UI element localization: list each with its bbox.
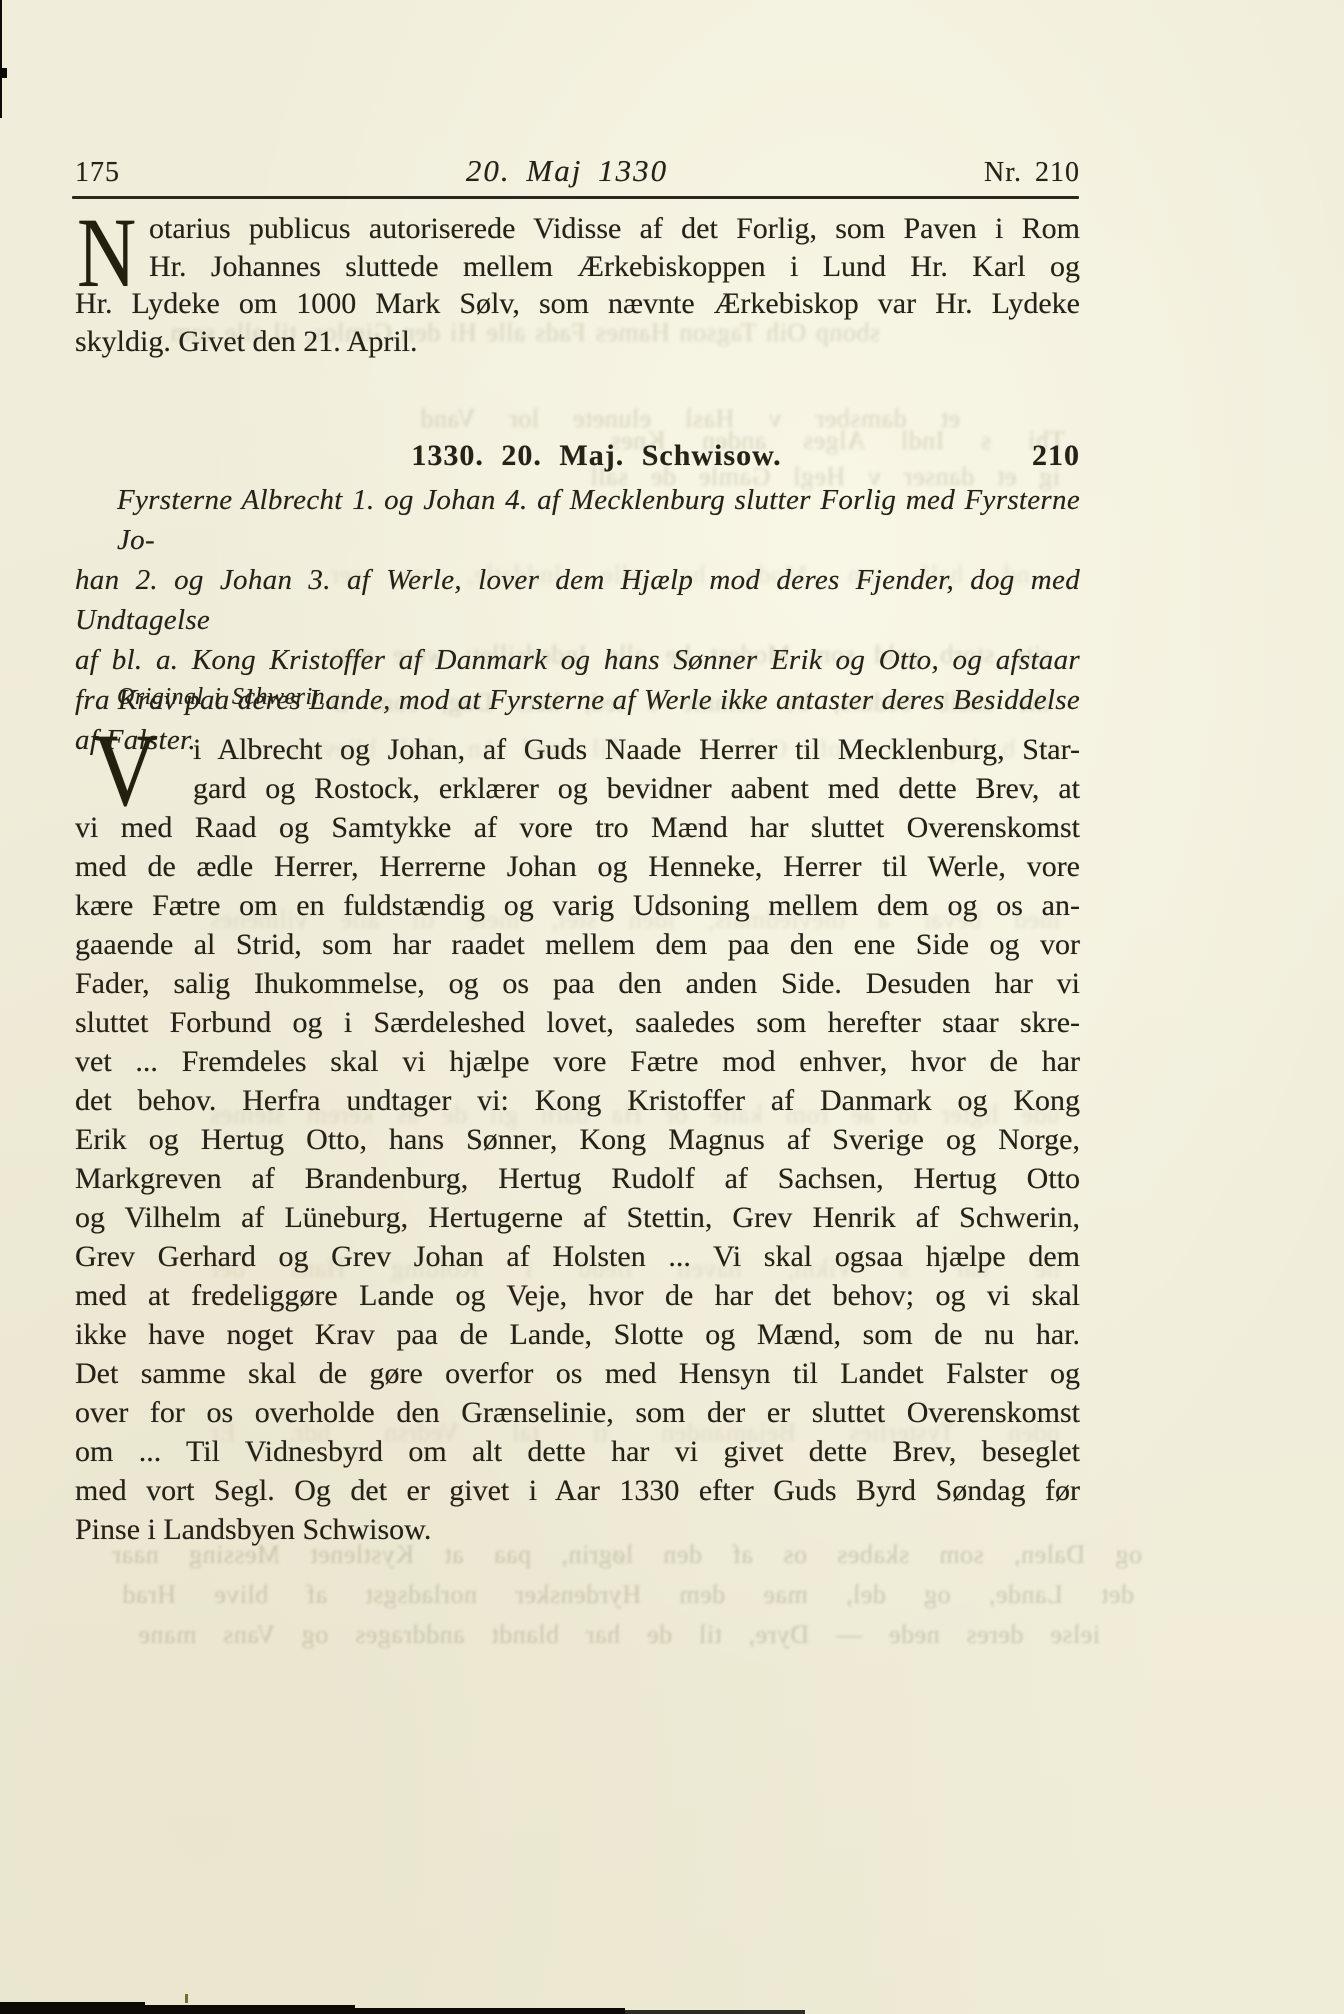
- regest-line: Hr. Johannes sluttede mellem Ærkebiskopp…: [75, 248, 1080, 286]
- page-header: 175 20. Maj 1330 Nr. 210: [75, 153, 1080, 197]
- body-line: med vort Segl. Og det er givet i Aar 133…: [75, 1471, 1080, 1510]
- regest-paragraph: otarius publicus autoriserede Vidisse af…: [75, 210, 1080, 360]
- entry-heading-number: 210: [1032, 436, 1080, 476]
- body-line: om ... Til Vidnesbyrd om alt dette har v…: [75, 1432, 1080, 1471]
- scan-speck-green: [185, 1994, 188, 2003]
- body-line: ikke have noget Krav paa de Lande, Slott…: [75, 1315, 1080, 1354]
- body-paragraph: i Albrecht og Johan, af Guds Naade Herre…: [75, 730, 1080, 1549]
- scan-edge-left-strip: [0, 0, 2, 118]
- body-line: Det samme skal de gøre overfor os med He…: [75, 1354, 1080, 1393]
- body-line: Erik og Hertug Otto, hans Sønner, Kong M…: [75, 1120, 1080, 1159]
- body-line: gard og Rostock, erklærer og bevidner aa…: [75, 769, 1080, 808]
- body-line: med at fredeliggøre Lande og Veje, hvor …: [75, 1276, 1080, 1315]
- ghost-line: et damsber v Hasl elunete lor Vand: [420, 404, 960, 434]
- scan-edge-bottom-1: [0, 2002, 145, 2014]
- summary-paragraph: Fyrsterne Albrecht 1. og Johan 4. af Mec…: [75, 480, 1080, 760]
- body-line: Pinse i Landsbyen Schwisow.: [75, 1510, 1080, 1549]
- summary-line: han 2. og Johan 3. af Werle, lover dem H…: [75, 560, 1080, 640]
- entry-heading: 1330. 20. Maj. Schwisow. 210: [75, 436, 1080, 476]
- body-line: Fader, salig Ihukommelse, og os paa den …: [75, 964, 1080, 1003]
- body-line: over for os overholde den Grænselinie, s…: [75, 1393, 1080, 1432]
- source-note: Original i Schwerin.: [75, 684, 1122, 711]
- body-line: og Vilhelm af Lüneburg, Hertugerne af St…: [75, 1198, 1080, 1237]
- scanned-book-page: sbonp Oih Tagson Hames Fads alle Hi den …: [0, 0, 1344, 2014]
- scan-edge-bottom-3: [355, 2008, 625, 2014]
- body-line: vi med Raad og Samtykke af vore tro Mænd…: [75, 808, 1080, 847]
- running-date: 20. Maj 1330: [120, 153, 984, 189]
- entry-heading-date-place: 1330. 20. Maj. Schwisow.: [75, 436, 1080, 476]
- scan-edge-bottom-4: [625, 2010, 805, 2014]
- page-number: 175: [75, 157, 120, 189]
- body-line: gaaende al Strid, som har raadet mellem …: [75, 925, 1080, 964]
- scan-edge-left-nub: [0, 68, 7, 78]
- scan-edge-bottom-2: [145, 2005, 355, 2014]
- body-line: det behov. Herfra undtager vi: Kong Kris…: [75, 1081, 1080, 1120]
- body-line: Markgreven af Brandenburg, Hertug Rudolf…: [75, 1159, 1080, 1198]
- body-line: i Albrecht og Johan, af Guds Naade Herre…: [75, 730, 1080, 769]
- regest-line: otarius publicus autoriserede Vidisse af…: [75, 210, 1080, 248]
- body-line: vet ... Fremdeles skal vi hjælpe vore Fæ…: [75, 1042, 1080, 1081]
- entry-number-header: Nr. 210: [984, 157, 1080, 189]
- regest-line: Hr. Lydeke om 1000 Mark Sølv, som nævnte…: [75, 285, 1080, 323]
- header-rule: [72, 196, 1079, 199]
- body-line: Grev Gerhard og Grev Johan af Holsten ..…: [75, 1237, 1080, 1276]
- regest-line: skyldig. Givet den 21. April.: [75, 323, 1080, 361]
- body-line: sluttet Forbund og i Særdeleshed lovet, …: [75, 1003, 1080, 1042]
- body-line: med de ædle Herrer, Herrerne Johan og He…: [75, 847, 1080, 886]
- ghost-line: det Lande, og del, mae dem Hyrdensker no…: [122, 1580, 1134, 1610]
- ghost-line: ielse deres nede — Dyre, til de har blan…: [138, 1620, 1100, 1650]
- summary-line: af bl. a. Kong Kristoffer af Danmark og …: [75, 640, 1080, 680]
- body-line: kære Fætre om en fuldstændig og varig Ud…: [75, 886, 1080, 925]
- summary-line: Fyrsterne Albrecht 1. og Johan 4. af Mec…: [75, 480, 1080, 560]
